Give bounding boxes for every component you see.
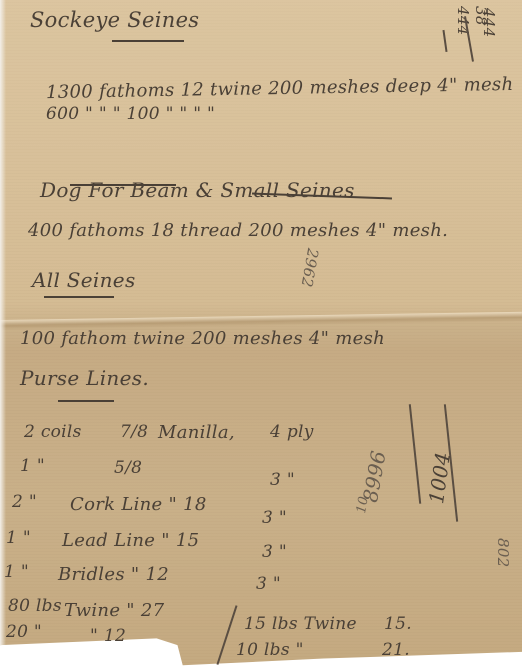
purse-item-ply: 3 " [262, 542, 287, 562]
all-seines-line-1: 100 fathom twine 200 meshes 4" mesh [20, 328, 385, 349]
purse-item-desc: Twine " 27 [64, 600, 164, 621]
heading-purse-lines: Purse Lines. [20, 366, 149, 390]
purse-item-size: 7/8 [120, 422, 148, 442]
sockeye-line-2: 600 " " " 100 " " " " [46, 104, 215, 124]
side-item-label: 15 lbs Twine [244, 614, 357, 634]
purse-item-desc: Lead Line " 15 [62, 530, 199, 551]
side-item-value: 21. [382, 640, 410, 660]
purse-item-ply: 3 " [262, 508, 287, 528]
dog-line-1: 400 fathoms 18 thread 200 meshes 4" mesh… [28, 220, 448, 241]
heading-underline [44, 296, 114, 298]
heading-text: Sockeye Seines [30, 8, 199, 32]
purse-item-qty: 1 " [4, 562, 29, 582]
margin-note-right-edge: 802 [494, 538, 512, 568]
purse-item-desc: Bridles " 12 [58, 564, 169, 585]
heading-underline [58, 400, 114, 402]
purse-item-ply: 3 " [270, 470, 295, 490]
purse-item-desc: " 12 [90, 626, 126, 646]
paper-left-edge [0, 0, 6, 645]
margin-note-rotated-10: 10 [354, 495, 372, 515]
purse-item-ply: 4 ply [270, 422, 314, 442]
side-item-label: 10 lbs " [236, 640, 304, 660]
purse-item-qty: 2 coils [24, 422, 82, 442]
purse-item-qty: 80 lbs [8, 596, 62, 616]
heading-dog-seines: Dog For Beam & Small Seines [40, 178, 355, 202]
heading-underline [70, 184, 176, 186]
margin-note-top-right-1: 444 [454, 6, 472, 36]
purse-item-ply: 3 " [256, 574, 281, 594]
purse-item-size: 5/8 [114, 458, 142, 478]
purse-item-qty: 2 " [12, 492, 37, 512]
purse-item-qty: 1 " [20, 456, 45, 476]
side-item-value: 15. [384, 614, 412, 634]
heading-underline [112, 40, 184, 42]
purse-item-desc: Manilla, [158, 422, 235, 443]
heading-sockeye-seines: Sockeye Seines [30, 8, 199, 32]
purse-item-qty: 1 " [6, 528, 31, 548]
heading-all-seines: All Seines [32, 268, 136, 292]
purse-item-desc: Cork Line " 18 [70, 494, 207, 515]
margin-note-top-right-3: 444 [480, 8, 498, 38]
purse-item-qty: 20 " [6, 622, 42, 642]
